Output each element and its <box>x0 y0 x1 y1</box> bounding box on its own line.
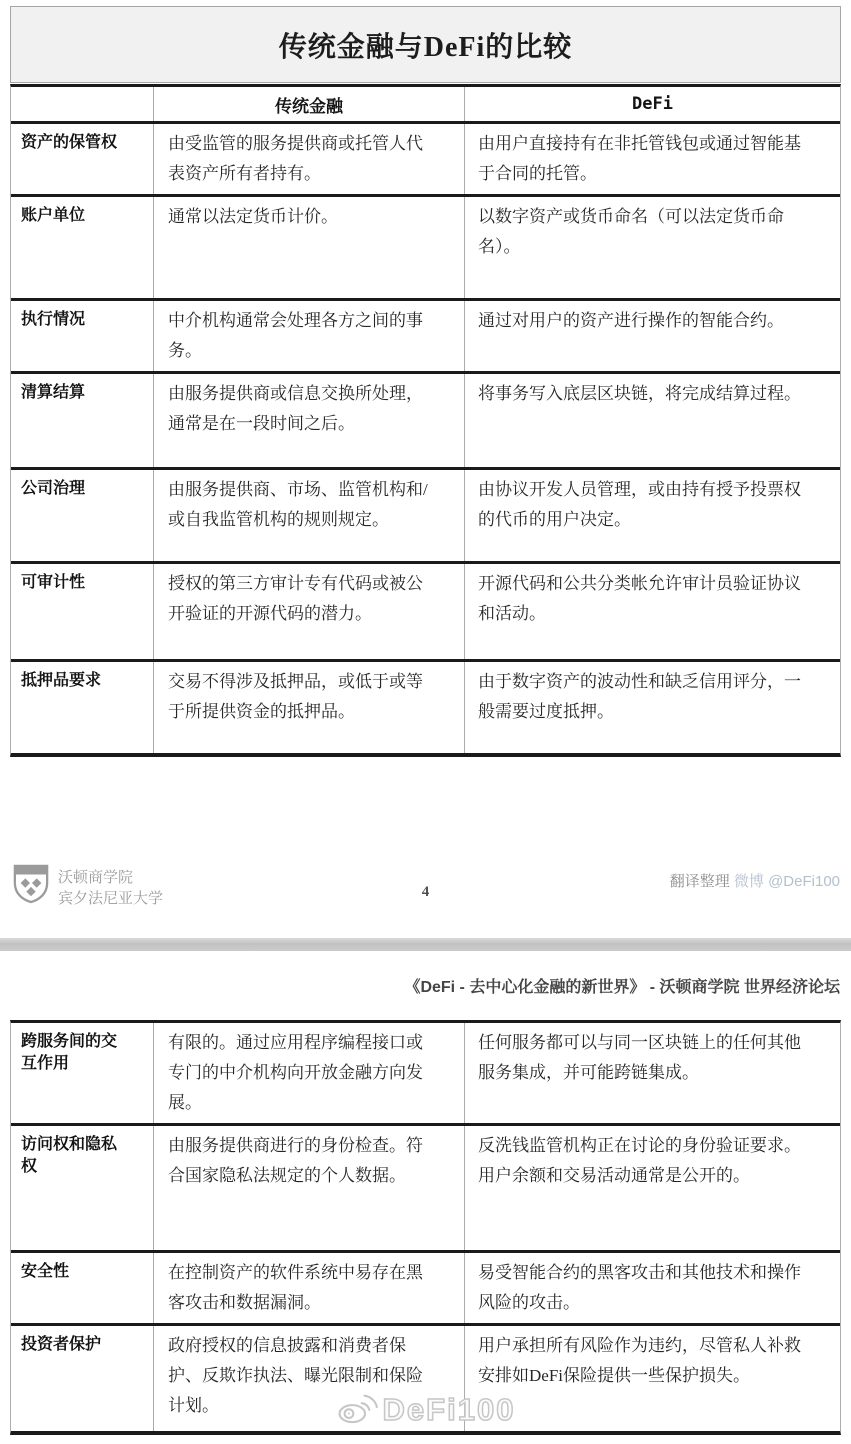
table-row: 抵押品要求 交易不得涉及抵押品，或低于或等于所提供资金的抵押品。 由于数字资产的… <box>11 659 840 753</box>
defi-cell: 由用户直接持有在非托管钱包或通过智能基于合同的托管。 <box>464 124 840 194</box>
traditional-cell: 由服务提供商进行的身份检查。符合国家隐私法规定的个人数据。 <box>153 1126 464 1250</box>
header-defi: DeFi <box>464 87 840 121</box>
row-label: 抵押品要求 <box>11 662 153 753</box>
document-canvas: { "page1": { "title": "传统金融与DeFi的比较", "c… <box>0 0 851 1444</box>
defi-cell: 通过对用户的资产进行操作的智能合约。 <box>464 301 840 371</box>
header-traditional-finance: 传统金融 <box>153 87 464 121</box>
row-label: 公司治理 <box>11 470 153 561</box>
row-label: 账户单位 <box>11 197 153 298</box>
defi100-watermark: DeFi100 <box>0 1390 851 1429</box>
comparison-table-page1: 传统金融 DeFi 资产的保管权 由受监管的服务提供商或托管人代表资产所有者持有… <box>10 84 841 757</box>
traditional-cell: 通常以法定货币计价。 <box>153 197 464 298</box>
traditional-cell: 在控制资产的软件系统中易存在黑客攻击和数据漏洞。 <box>153 1253 464 1323</box>
table-header-row: 传统金融 DeFi <box>11 87 840 121</box>
table-row: 账户单位 通常以法定货币计价。 以数字资产或货币命名（可以法定货币命名）。 <box>11 194 840 298</box>
document-title: 传统金融与DeFi的比较 <box>279 25 573 65</box>
defi-cell: 开源代码和公共分类帐允许审计员验证协议和活动。 <box>464 564 840 659</box>
traditional-cell: 有限的。通过应用程序编程接口或专门的中介机构向开放金融方向发展。 <box>153 1023 464 1123</box>
defi-cell: 以数字资产或货币命名（可以法定货币命名）。 <box>464 197 840 298</box>
row-label: 跨服务间的交互作用 <box>11 1023 153 1123</box>
row-label: 执行情况 <box>11 301 153 371</box>
defi-cell: 易受智能合约的黑客攻击和其他技术和操作风险的攻击。 <box>464 1253 840 1323</box>
table-row: 执行情况 中介机构通常会处理各方之间的事务。 通过对用户的资产进行操作的智能合约… <box>11 298 840 371</box>
table-row: 公司治理 由服务提供商、市场、监管机构和/或自我监管机构的规则规定。 由协议开发… <box>11 467 840 561</box>
traditional-cell: 中介机构通常会处理各方之间的事务。 <box>153 301 464 371</box>
table-row: 资产的保管权 由受监管的服务提供商或托管人代表资产所有者持有。 由用户直接持有在… <box>11 121 840 194</box>
defi-cell: 由协议开发人员管理，或由持有授予投票权的代币的用户决定。 <box>464 470 840 561</box>
defi-cell: 任何服务都可以与同一区块链上的任何其他服务集成，并可能跨链集成。 <box>464 1023 840 1123</box>
row-label: 资产的保管权 <box>11 124 153 194</box>
traditional-cell: 由受监管的服务提供商或托管人代表资产所有者持有。 <box>153 124 464 194</box>
comparison-table-page2: 跨服务间的交互作用 有限的。通过应用程序编程接口或专门的中介机构向开放金融方向发… <box>10 1020 841 1435</box>
table-row: 安全性 在控制资产的软件系统中易存在黑客攻击和数据漏洞。 易受智能合约的黑客攻击… <box>11 1250 840 1323</box>
table-row: 清算结算 由服务提供商或信息交换所处理，通常是在一段时间之后。 将事务写入底层区… <box>11 371 840 467</box>
traditional-cell: 由服务提供商或信息交换所处理，通常是在一段时间之后。 <box>153 374 464 467</box>
credit-label: 翻译整理 <box>670 873 730 890</box>
header-empty-cell <box>11 87 153 121</box>
weibo-icon <box>336 1390 378 1429</box>
defi-cell: 由于数字资产的波动性和缺乏信用评分，一般需要过度抵押。 <box>464 662 840 753</box>
credit-weibo-handle: 微博 @DeFi100 <box>734 873 840 890</box>
row-label: 可审计性 <box>11 564 153 659</box>
traditional-cell: 交易不得涉及抵押品，或低于或等于所提供资金的抵押品。 <box>153 662 464 753</box>
defi-cell: 将事务写入底层区块链，将完成结算过程。 <box>464 374 840 467</box>
row-label: 安全性 <box>11 1253 153 1323</box>
row-label: 清算结算 <box>11 374 153 467</box>
watermark-text: DeFi100 <box>383 1392 516 1428</box>
defi-cell: 反洗钱监管机构正在讨论的身份验证要求。用户余额和交易活动通常是公开的。 <box>464 1126 840 1250</box>
row-label: 访问权和隐私权 <box>11 1126 153 1250</box>
table-row: 可审计性 授权的第三方审计专有代码或被公开验证的开源代码的潜力。 开源代码和公共… <box>11 561 840 659</box>
table-row: 访问权和隐私权 由服务提供商进行的身份检查。符合国家隐私法规定的个人数据。 反洗… <box>11 1123 840 1250</box>
page1-title-box: 传统金融与DeFi的比较 <box>10 6 841 83</box>
page-break-band <box>0 938 851 951</box>
table-row: 跨服务间的交互作用 有限的。通过应用程序编程接口或专门的中介机构向开放金融方向发… <box>11 1023 840 1123</box>
translation-credit: 翻译整理 微博 @DeFi100 <box>670 870 840 891</box>
traditional-cell: 授权的第三方审计专有代码或被公开验证的开源代码的潜力。 <box>153 564 464 659</box>
document-source-line: 《DeFi - 去中心化金融的新世界》 - 沃顿商学院 世界经济论坛 <box>404 974 840 997</box>
traditional-cell: 由服务提供商、市场、监管机构和/或自我监管机构的规则规定。 <box>153 470 464 561</box>
